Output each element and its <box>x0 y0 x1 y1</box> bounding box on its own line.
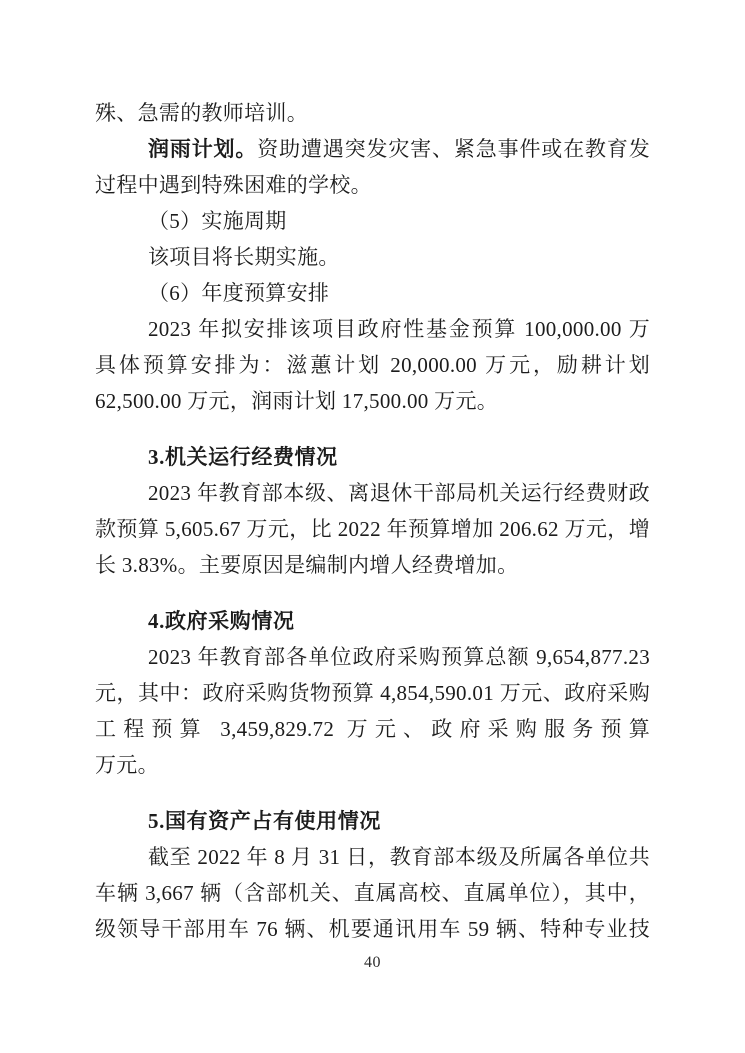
body-text-line: 该项目将长期实施。 <box>95 239 650 275</box>
body-text-line: 具体预算安排为：滋蕙计划 20,000.00 万元，励耕计划 <box>95 347 650 383</box>
body-text-line: 万元。 <box>95 747 650 783</box>
body-text-line: 润雨计划。资助遭遇突发灾害、紧急事件或在教育发展 <box>95 131 650 167</box>
body-text-line: 长 3.83%。主要原因是编制内增人经费增加。 <box>95 547 650 583</box>
page-number: 40 <box>364 954 381 971</box>
body-text-line: 2023 年教育部本级、离退休干部局机关运行经费财政拨 <box>95 475 650 511</box>
body-text-line: 工程预算 3,459,829.72 万元、政府采购服务预算 1,340,457.… <box>95 711 650 747</box>
section-heading: 4.政府采购情况 <box>95 603 650 639</box>
section-heading: 5.国有资产占有使用情况 <box>95 803 650 839</box>
body-text-line: 62,500.00 万元，润雨计划 17,500.00 万元。 <box>95 383 650 419</box>
document-page: 殊、急需的教师培训。润雨计划。资助遭遇突发灾害、紧急事件或在教育发展过程中遇到特… <box>0 0 745 1053</box>
section-heading: 3.机关运行经费情况 <box>95 439 650 475</box>
body-text-line: （6）年度预算安排 <box>95 275 650 311</box>
body-text-line: 2023 年拟安排该项目政府性基金预算 100,000.00 万元， <box>95 311 650 347</box>
body-text-line: 元，其中：政府采购货物预算 4,854,590.01 万元、政府采购 <box>95 675 650 711</box>
body-text-line: 殊、急需的教师培训。 <box>95 95 650 131</box>
body-text-line: 截至 2022 年 8 月 31 日，教育部本级及所属各单位共有 <box>95 839 650 875</box>
body-text-line: 2023 年教育部各单位政府采购预算总额 9,654,877.23 万 <box>95 639 650 675</box>
page-footer: 40 <box>0 954 745 972</box>
body-text-line: 级领导干部用车 76 辆、机要通讯用车 59 辆、特种专业技术 <box>95 911 650 947</box>
body-text-line: （5）实施周期 <box>95 203 650 239</box>
bold-lead-text: 润雨计划。 <box>148 137 257 161</box>
document-body: 殊、急需的教师培训。润雨计划。资助遭遇突发灾害、紧急事件或在教育发展过程中遇到特… <box>95 95 650 947</box>
body-text-line: 款预算 5,605.67 万元，比 2022 年预算增加 206.62 万元，增 <box>95 511 650 547</box>
body-text-line: 过程中遇到特殊困难的学校。 <box>95 167 650 203</box>
body-text-line: 车辆 3,667 辆（含部机关、直属高校、直属单位），其中，部 <box>95 875 650 911</box>
